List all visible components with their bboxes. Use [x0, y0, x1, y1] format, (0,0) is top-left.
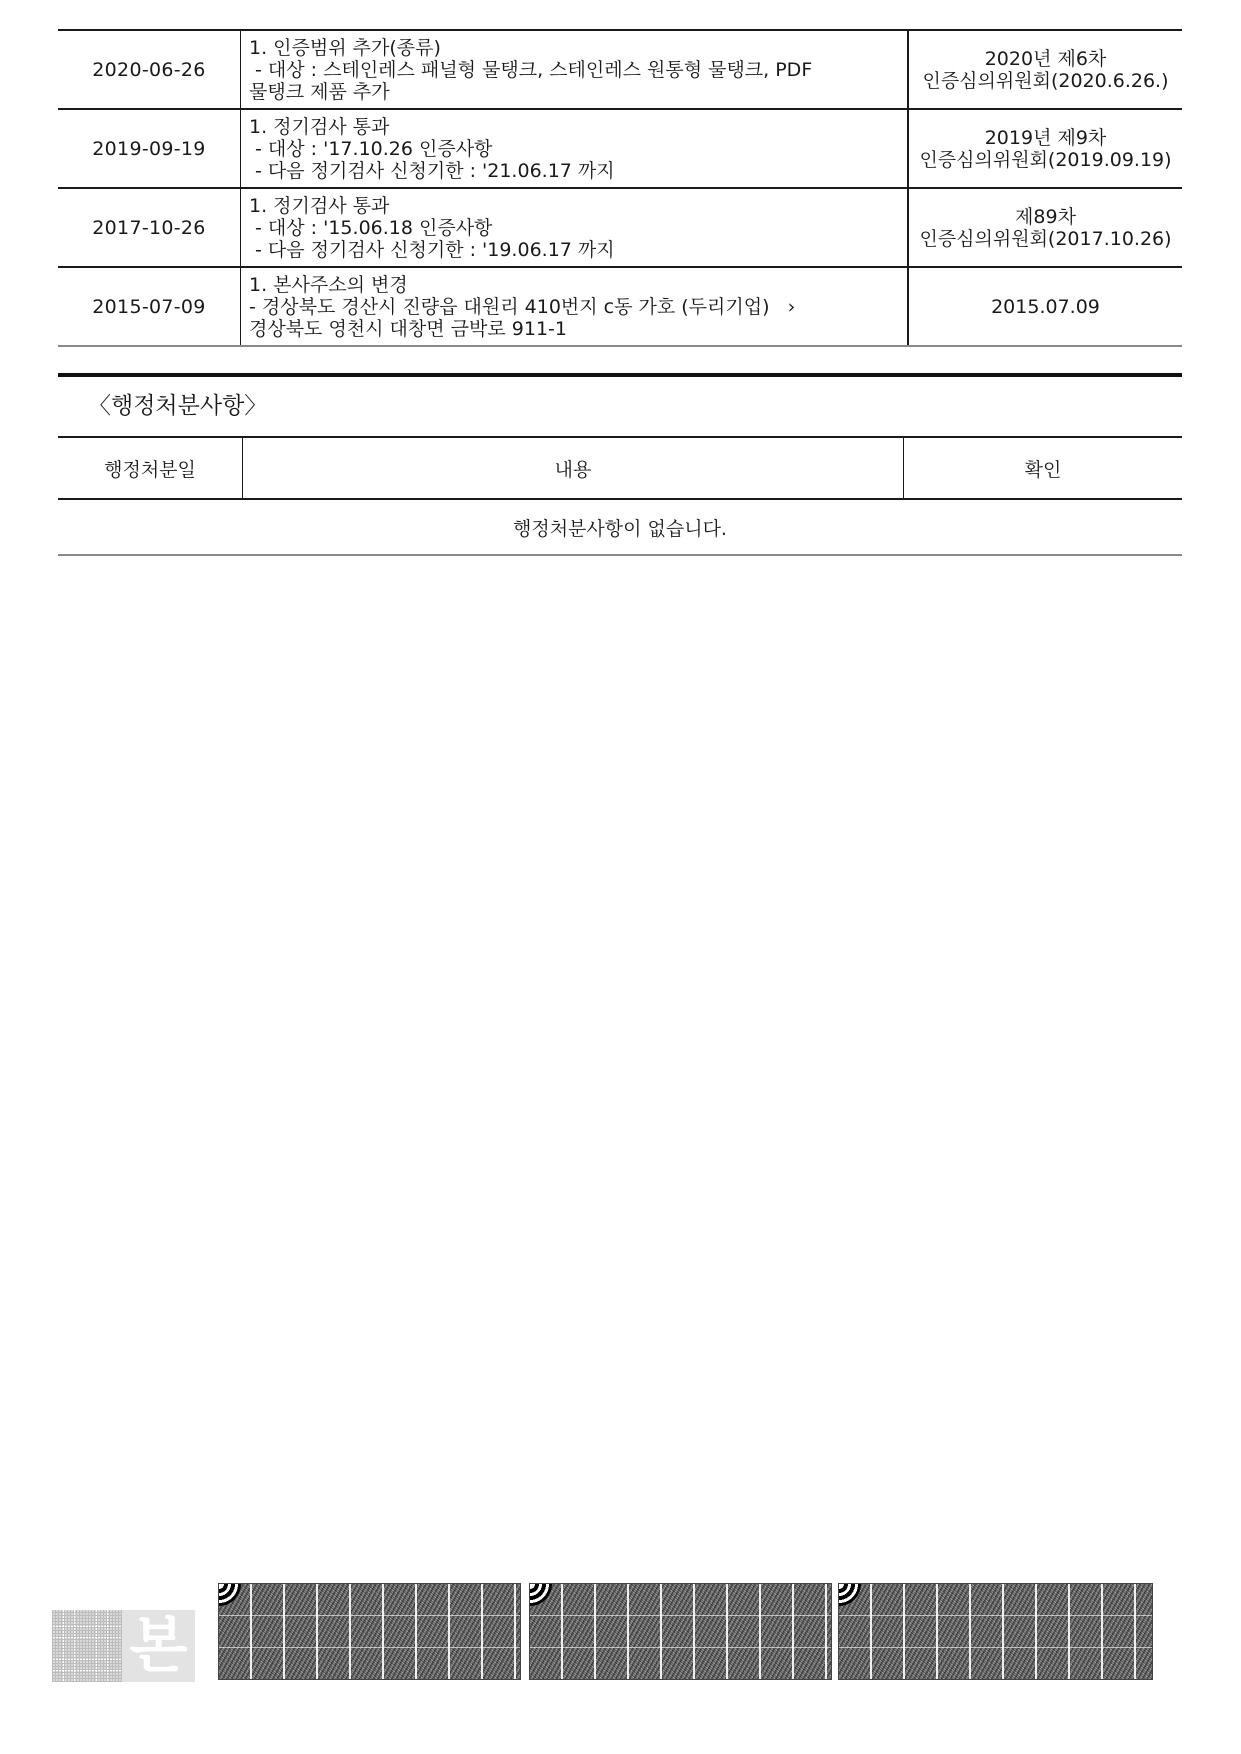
certification-history-table: 2020-06-26 1. 인증범위 추가(종류) - 대상 : 스테인레스 패…: [58, 29, 1182, 347]
history-line: - 경상북도 경산시 진량읍 대원리 410번지 c동 가호 (두리기업) ›: [249, 296, 907, 318]
confirm-line: 인증심의위원회(2017.10.26): [909, 228, 1182, 250]
history-content: 1. 정기검사 통과 - 대상 : '15.06.18 인증사항 - 다음 정기…: [241, 188, 909, 267]
confirm-line: 인증심의위원회(2020.6.26.): [909, 70, 1182, 92]
section-title: 〈행정처분사항〉: [88, 391, 267, 421]
table-row: 2020-06-26 1. 인증범위 추가(종류) - 대상 : 스테인레스 패…: [58, 30, 1182, 109]
2d-barcode: [218, 1583, 521, 1680]
stamp-pattern: [52, 1610, 122, 1682]
history-confirm: 2019년 제9차 인증심의위원회(2019.09.19): [908, 109, 1182, 188]
history-line: 1. 정기검사 통과: [249, 195, 907, 217]
original-stamp: 본: [52, 1610, 195, 1682]
history-line: 1. 본사주소의 변경: [249, 274, 907, 296]
history-line: 물탱크 제품 추가: [249, 81, 907, 103]
history-date: 2020-06-26: [58, 30, 241, 109]
history-date: 2015-07-09: [58, 267, 241, 346]
barcode-corner-mark-icon: [218, 1583, 241, 1606]
confirm-line: 제89차: [909, 206, 1182, 228]
confirm-line: 2020년 제6차: [909, 48, 1182, 70]
table-header-row: 행정처분일 내용 확인: [58, 437, 1182, 499]
table-row: 행정처분사항이 없습니다.: [58, 499, 1182, 555]
history-content: 1. 인증범위 추가(종류) - 대상 : 스테인레스 패널형 물탱크, 스테인…: [241, 30, 909, 109]
history-line: - 대상 : 스테인레스 패널형 물탱크, 스테인레스 원통형 물탱크, PDF: [249, 59, 907, 81]
column-header-date: 행정처분일: [58, 437, 243, 499]
history-date: 2019-09-19: [58, 109, 241, 188]
history-line: 1. 정기검사 통과: [249, 116, 907, 138]
administrative-actions-table: 행정처분일 내용 확인 행정처분사항이 없습니다.: [58, 436, 1182, 556]
history-confirm: 2020년 제6차 인증심의위원회(2020.6.26.): [908, 30, 1182, 109]
history-line: - 다음 정기검사 신청기한 : '19.06.17 까지: [249, 239, 907, 261]
table-row: 2019-09-19 1. 정기검사 통과 - 대상 : '17.10.26 인…: [58, 109, 1182, 188]
history-line: - 대상 : '15.06.18 인증사항: [249, 217, 907, 239]
table-row: 2017-10-26 1. 정기검사 통과 - 대상 : '15.06.18 인…: [58, 188, 1182, 267]
history-line: - 다음 정기검사 신청기한 : '21.06.17 까지: [249, 160, 907, 182]
history-line: 1. 인증범위 추가(종류): [249, 37, 907, 59]
confirm-line: 2015.07.09: [909, 296, 1182, 318]
history-confirm: 제89차 인증심의위원회(2017.10.26): [908, 188, 1182, 267]
barcode-corner-mark-icon: [529, 1583, 552, 1606]
2d-barcode: [529, 1583, 832, 1680]
history-content: 1. 본사주소의 변경 - 경상북도 경산시 진량읍 대원리 410번지 c동 …: [241, 267, 909, 346]
history-confirm: 2015.07.09: [908, 267, 1182, 346]
2d-barcode: [838, 1583, 1153, 1680]
history-content: 1. 정기검사 통과 - 대상 : '17.10.26 인증사항 - 다음 정기…: [241, 109, 909, 188]
history-line: - 대상 : '17.10.26 인증사항: [249, 138, 907, 160]
section-divider: [58, 373, 1182, 377]
column-header-confirm: 확인: [904, 437, 1183, 499]
confirm-line: 2019년 제9차: [909, 127, 1182, 149]
stamp-label: 본: [122, 1610, 195, 1682]
confirm-line: 인증심의위원회(2019.09.19): [909, 149, 1182, 171]
history-date: 2017-10-26: [58, 188, 241, 267]
column-header-content: 내용: [243, 437, 904, 499]
history-line: 경상북도 영천시 대창면 금박로 911-1: [249, 318, 907, 340]
barcode-corner-mark-icon: [838, 1583, 861, 1606]
empty-message: 행정처분사항이 없습니다.: [58, 499, 1182, 555]
table-row: 2015-07-09 1. 본사주소의 변경 - 경상북도 경산시 진량읍 대원…: [58, 267, 1182, 346]
